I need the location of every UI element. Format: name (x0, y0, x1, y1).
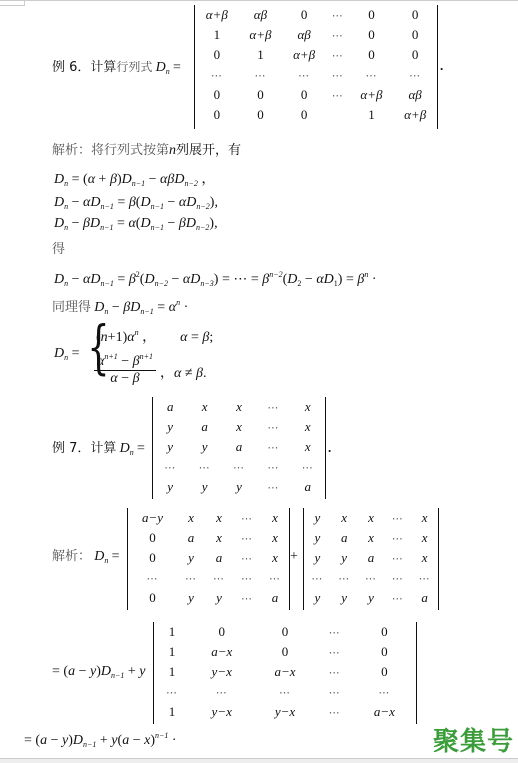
matrix-cell: ⋯ (317, 642, 353, 662)
matrix-cell: ⋯ (326, 5, 350, 25)
matrix-cell: ⋯ (384, 548, 411, 568)
matrix-cell: ⋯ (239, 65, 283, 85)
matrix-cell: ⋯ (326, 45, 350, 65)
matrix-cell: ⋯ (350, 65, 394, 85)
matrix-cell: a−x (190, 642, 253, 662)
solution-7-step2-determinant: 100⋯01a−x0⋯01y−xa−x⋯0⋯⋯⋯⋯⋯1y−xy−x⋯a−x (153, 622, 417, 724)
matrix-cell: a (331, 528, 358, 548)
matrix-cell: ⋯ (153, 457, 187, 477)
example-6-heading: 例 6．计算行列式 Dn = (52, 56, 181, 76)
matrix-cell: ⋯ (304, 568, 331, 588)
matrix-cell: ⋯ (205, 568, 233, 588)
page-top-border (0, 0, 518, 1)
solution-6-get: 得 (52, 238, 65, 257)
matrix-cell: α+β (350, 85, 394, 105)
matrix-cell: ⋯ (282, 65, 326, 85)
solution-7-final: = (a − y)Dn−1 + y(a − x)n−1 · (24, 731, 177, 749)
matrix-cell: ⋯ (326, 25, 350, 45)
matrix-row: 0yy⋯a (128, 588, 289, 608)
matrix-cell: x (358, 508, 385, 528)
matrix-row: 000⋯α+βαβ (195, 85, 437, 105)
example-7-heading: 例 7．计算 Dn = (52, 437, 145, 457)
matrix-cell: ⋯ (233, 528, 261, 548)
watermark-logo: 聚集号 (433, 721, 514, 758)
matrix-row: ⋯⋯⋯⋯⋯ (304, 568, 438, 588)
matrix-cell: y−x (190, 662, 253, 682)
matrix-row: 1y−xy−x⋯a−x (154, 702, 416, 722)
matrix-row: yxx⋯x (304, 508, 438, 528)
matrix-cell: α+β (239, 25, 283, 45)
matrix-cell: ⋯ (358, 568, 385, 588)
matrix-cell: a (358, 548, 385, 568)
matrix-cell: ⋯ (222, 457, 256, 477)
example-6-label-light: 行列式 (116, 60, 152, 74)
matrix-cell: y (187, 477, 221, 497)
matrix-cell: x (222, 417, 256, 437)
matrix-cell: ⋯ (317, 662, 353, 682)
matrix-cell: x (205, 528, 233, 548)
matrix-cell: 1 (154, 622, 190, 642)
matrix-cell: y−x (253, 702, 316, 722)
example-6-determinant: α+βαβ0⋯001α+βαβ⋯0001α+β⋯00⋯⋯⋯⋯⋯⋯000⋯α+βα… (194, 5, 438, 129)
matrix-cell: y (304, 508, 331, 528)
matrix-cell: ⋯ (411, 568, 438, 588)
matrix-cell: x (291, 417, 325, 437)
matrix-cell: 0 (350, 25, 394, 45)
matrix-row: 1a−x0⋯0 (154, 642, 416, 662)
matrix-row: 1α+βαβ⋯00 (195, 25, 437, 45)
matrix-cell: ⋯ (233, 508, 261, 528)
solution-6-similar-text: 同理得 (52, 300, 91, 315)
matrix-cell: αβ (393, 85, 437, 105)
matrix-cell: y (177, 588, 205, 608)
matrix-row: yyy⋯a (304, 588, 438, 608)
matrix-cell: 0 (353, 622, 416, 642)
matrix-cell: 0 (128, 548, 177, 568)
matrix-cell: a (205, 548, 233, 568)
piecewise-lhs: Dn = (54, 346, 80, 362)
example-7-determinant: axx⋯xyax⋯xyya⋯x⋯⋯⋯⋯⋯yyy⋯a (152, 397, 326, 499)
solution-6-intro-text: 解析：将行列式按第 (52, 143, 169, 158)
matrix-cell: 0 (128, 588, 177, 608)
solution-7-lhs-sub: n (104, 556, 108, 565)
piecewise-case-2-cond: ，α ≠ β. (160, 362, 207, 382)
matrix-cell: 0 (195, 85, 239, 105)
matrix-cell: α+β (282, 45, 326, 65)
matrix-cell: 1 (154, 702, 190, 722)
matrix-cell: ⋯ (326, 85, 350, 105)
solution-6-eq1: Dn = (α + β)Dn−1 − αβDn−2 ， (54, 168, 215, 188)
matrix-row: 01α+β⋯00 (195, 45, 437, 65)
matrix-cell: ⋯ (261, 568, 289, 588)
solution-7-intro-text: 解析： (52, 549, 91, 564)
matrix-cell: x (261, 528, 289, 548)
matrix-cell: 0 (393, 25, 437, 45)
solution-6-eq4: Dn − αDn−1 = β2(Dn−2 − αDn−3) = ⋯ = βn−2… (54, 270, 377, 288)
matrix-cell: x (411, 508, 438, 528)
matrix-cell: x (411, 528, 438, 548)
solution-7-intro: 解析： Dn = (52, 545, 120, 565)
example-6-period: . (440, 58, 443, 74)
solution-6-eq3: Dn − βDn−1 = α(Dn−1 − βDn−2), (54, 216, 218, 232)
page-corner-marker (0, 0, 25, 6)
matrix-cell: 0 (253, 642, 316, 662)
example-7-lhs: D (120, 441, 130, 456)
solution-6-similar: 同理得 Dn − βDn−1 = αn · (52, 296, 188, 316)
matrix-cell: ⋯ (195, 65, 239, 85)
matrix-cell: 0 (282, 85, 326, 105)
equals-sign: = (173, 60, 181, 75)
matrix-cell: y (153, 437, 187, 457)
matrix-cell: y (187, 437, 221, 457)
matrix-row: 100⋯0 (154, 622, 416, 642)
matrix-cell: a (411, 588, 438, 608)
matrix-cell: 0 (128, 528, 177, 548)
matrix-cell: ⋯ (177, 568, 205, 588)
solution-7-step2-prefix: = (a − y)Dn−1 + y (52, 664, 146, 680)
matrix-cell: αβ (239, 5, 283, 25)
matrix-row: a−yxx⋯x (128, 508, 289, 528)
matrix-cell: 0 (350, 5, 394, 25)
matrix-cell: a (153, 397, 187, 417)
matrix-cell: x (222, 397, 256, 417)
matrix-row: yya⋯x (304, 548, 438, 568)
matrix-cell: 1 (350, 105, 394, 125)
matrix-cell: α+β (393, 105, 437, 125)
matrix-cell: y (153, 417, 187, 437)
matrix-cell: y−x (190, 702, 253, 722)
matrix-cell: ⋯ (233, 568, 261, 588)
matrix-cell: 0 (350, 45, 394, 65)
matrix-cell: ⋯ (187, 457, 221, 477)
example-6-lhs-sub: n (166, 67, 170, 76)
matrix-cell: y (304, 528, 331, 548)
matrix-cell: y (205, 588, 233, 608)
matrix-cell: x (177, 508, 205, 528)
solution-7-left-determinant: a−yxx⋯x0ax⋯x0ya⋯x⋯⋯⋯⋯⋯0yy⋯a (127, 508, 290, 610)
matrix-cell: y (331, 548, 358, 568)
matrix-cell: 0 (239, 105, 283, 125)
matrix-cell: a (187, 417, 221, 437)
matrix-cell: ⋯ (317, 702, 353, 722)
matrix-cell: a (177, 528, 205, 548)
solution-6-intro-var: n (169, 143, 176, 158)
example-7-label: 例 7．计算 (52, 441, 116, 456)
solution-6-eq2: Dn − αDn−1 = β(Dn−1 − αDn−2), (54, 195, 218, 211)
matrix-cell: ⋯ (154, 682, 190, 702)
piecewise-case-2-fraction: αn+1 − βn+1 α − β (94, 352, 156, 387)
matrix-cell: x (358, 528, 385, 548)
matrix-cell (326, 105, 350, 125)
matrix-cell: ⋯ (253, 682, 316, 702)
matrix-cell: ⋯ (393, 65, 437, 85)
matrix-cell: ⋯ (233, 548, 261, 568)
matrix-row: axx⋯x (153, 397, 325, 417)
matrix-cell: a (261, 588, 289, 608)
matrix-cell: 1 (239, 45, 283, 65)
matrix-cell: 0 (282, 5, 326, 25)
matrix-row: yax⋯x (304, 528, 438, 548)
matrix-cell: ⋯ (190, 682, 253, 702)
matrix-cell: 0 (393, 5, 437, 25)
solution-7-right-determinant: yxx⋯xyax⋯xyya⋯x⋯⋯⋯⋯⋯yyy⋯a (303, 508, 439, 610)
matrix-row: yax⋯x (153, 417, 325, 437)
matrix-cell: a (291, 477, 325, 497)
matrix-cell: ⋯ (291, 457, 325, 477)
matrix-cell: y (304, 588, 331, 608)
matrix-cell: x (291, 397, 325, 417)
matrix-row: ⋯⋯⋯⋯⋯ (154, 682, 416, 702)
equals-sign: = (137, 441, 145, 456)
matrix-cell: α+β (195, 5, 239, 25)
matrix-cell: x (331, 508, 358, 528)
matrix-cell: 1 (154, 642, 190, 662)
matrix-cell: 0 (353, 662, 416, 682)
solution-7-lhs: D (94, 549, 104, 564)
matrix-cell: x (291, 437, 325, 457)
example-6-label: 例 6．计算 (52, 60, 116, 75)
matrix-cell: y (177, 548, 205, 568)
plus-sign: + (290, 549, 298, 565)
matrix-cell: 0 (195, 45, 239, 65)
matrix-row: 1y−xa−x⋯0 (154, 662, 416, 682)
matrix-cell: ⋯ (256, 417, 290, 437)
matrix-cell: ⋯ (128, 568, 177, 588)
matrix-cell: x (187, 397, 221, 417)
matrix-row: ⋯⋯⋯⋯⋯ (153, 457, 325, 477)
matrix-cell: ⋯ (256, 457, 290, 477)
matrix-row: 0ax⋯x (128, 528, 289, 548)
matrix-cell: ⋯ (326, 65, 350, 85)
matrix-cell: ⋯ (317, 622, 353, 642)
matrix-row: yyy⋯a (153, 477, 325, 497)
matrix-cell: a (222, 437, 256, 457)
matrix-cell: y (222, 477, 256, 497)
example-7-lhs-sub: n (130, 448, 134, 457)
matrix-row: 0001α+β (195, 105, 437, 125)
matrix-cell: y (153, 477, 187, 497)
matrix-row: yya⋯x (153, 437, 325, 457)
matrix-cell: αβ (282, 25, 326, 45)
matrix-cell: 0 (190, 622, 253, 642)
matrix-cell: a−x (253, 662, 316, 682)
matrix-cell: ⋯ (384, 588, 411, 608)
example-7-period: . (328, 440, 331, 456)
matrix-cell: a−x (353, 702, 416, 722)
matrix-cell: 0 (195, 105, 239, 125)
matrix-cell: 0 (253, 622, 316, 642)
matrix-cell: 0 (239, 85, 283, 105)
matrix-cell: a−y (128, 508, 177, 528)
matrix-cell: 1 (195, 25, 239, 45)
example-6-lhs: D (156, 60, 166, 75)
matrix-cell: ⋯ (384, 568, 411, 588)
matrix-cell: 0 (282, 105, 326, 125)
matrix-cell: ⋯ (353, 682, 416, 702)
matrix-cell: 0 (393, 45, 437, 65)
matrix-cell: ⋯ (256, 397, 290, 417)
solution-6-intro-end: 列展开，有 (176, 143, 241, 158)
matrix-cell: x (205, 508, 233, 528)
matrix-row: α+βαβ0⋯00 (195, 5, 437, 25)
matrix-cell: x (411, 548, 438, 568)
matrix-cell: ⋯ (256, 437, 290, 457)
matrix-cell: 1 (154, 662, 190, 682)
piecewise-case-1: (n+1)αn ，α = β; (96, 326, 213, 346)
matrix-cell: ⋯ (233, 588, 261, 608)
matrix-cell: y (331, 588, 358, 608)
matrix-cell: ⋯ (256, 477, 290, 497)
matrix-cell: ⋯ (331, 568, 358, 588)
matrix-row: 0ya⋯x (128, 548, 289, 568)
matrix-cell: ⋯ (317, 682, 353, 702)
matrix-row: ⋯⋯⋯⋯⋯⋯ (195, 65, 437, 85)
matrix-cell: ⋯ (384, 528, 411, 548)
matrix-cell: y (304, 548, 331, 568)
matrix-cell: y (358, 588, 385, 608)
matrix-cell: x (261, 508, 289, 528)
matrix-cell: x (261, 548, 289, 568)
page-bottom-border (0, 758, 518, 763)
matrix-cell: 0 (353, 642, 416, 662)
solution-6-intro: 解析：将行列式按第n列展开，有 (52, 139, 241, 159)
matrix-cell: ⋯ (384, 508, 411, 528)
matrix-row: ⋯⋯⋯⋯⋯ (128, 568, 289, 588)
